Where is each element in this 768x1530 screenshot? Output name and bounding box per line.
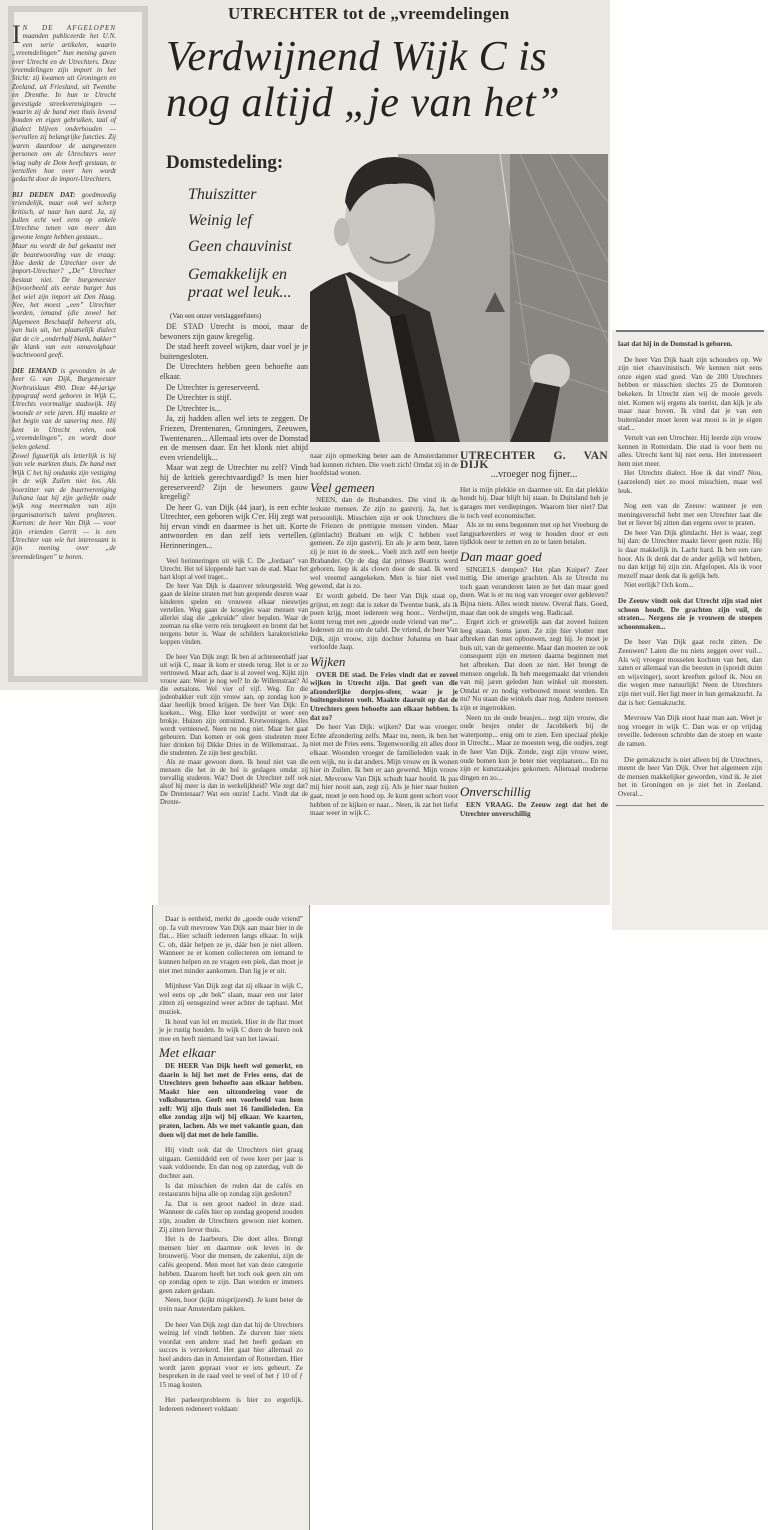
byline: (Van een onzer verslaggeefsters) (166, 312, 316, 320)
subheading-dan-maar-goed: Dan maar goed (460, 553, 608, 562)
photo-illustration (310, 142, 608, 442)
subhead-item: Geen chauvinist (166, 234, 316, 260)
subhead-item: Weinig lef (166, 208, 316, 234)
column-1: DE STAD Utrecht is mooi, maar de bewoner… (160, 322, 308, 808)
subhead-title: Domstedeling: (166, 152, 316, 174)
column-continuation: Daar is eenheid, merkt de „goede oude vr… (152, 905, 310, 1530)
subhead-item: Gemakkelijk en praat wel leuk... (166, 266, 316, 302)
headline: Verdwijnend Wijk C is nog altijd „je van… (166, 34, 616, 126)
subhead-item: Thuiszitter (166, 182, 316, 208)
intro-sidebar: IN DE AFGELOPEN maanden publiceerde het … (0, 0, 158, 690)
kicker: UTRECHTER tot de „vreemdelingen (228, 4, 509, 24)
subhead: Domstedeling: Thuiszitter Weinig lef Gee… (166, 152, 316, 320)
caption-name: UTRECHTER G. VAN DIJK (460, 452, 608, 469)
caption-line: ...vroeger nog fijner... (460, 471, 608, 480)
portrait-photo (310, 142, 608, 442)
subheading-onverschillig: Onverschillig (460, 788, 608, 797)
article-main: UTRECHTER tot de „vreemdelingen Verdwijn… (158, 0, 610, 905)
photo-caption: UTRECHTER G. VAN DIJK ...vroeger nog fij… (460, 452, 608, 480)
subheading-wijken: Wijken (310, 658, 458, 667)
column-3: UTRECHTER G. VAN DIJK ...vroeger nog fij… (460, 452, 608, 819)
dropcap: I (12, 24, 21, 46)
subheading-met-elkaar: Met elkaar (159, 1049, 303, 1058)
column-right: laat dat hij in de Domstad is geboren. D… (612, 330, 768, 930)
column-rule (616, 330, 764, 332)
subheading-veel-gemeen: Veel gemeen (310, 484, 458, 493)
column-rule (616, 805, 764, 806)
sidebar-text: IN DE AFGELOPEN maanden publiceerde het … (12, 24, 116, 562)
column-2: naar zijn opmerking beter aan de Amsterd… (310, 452, 458, 819)
